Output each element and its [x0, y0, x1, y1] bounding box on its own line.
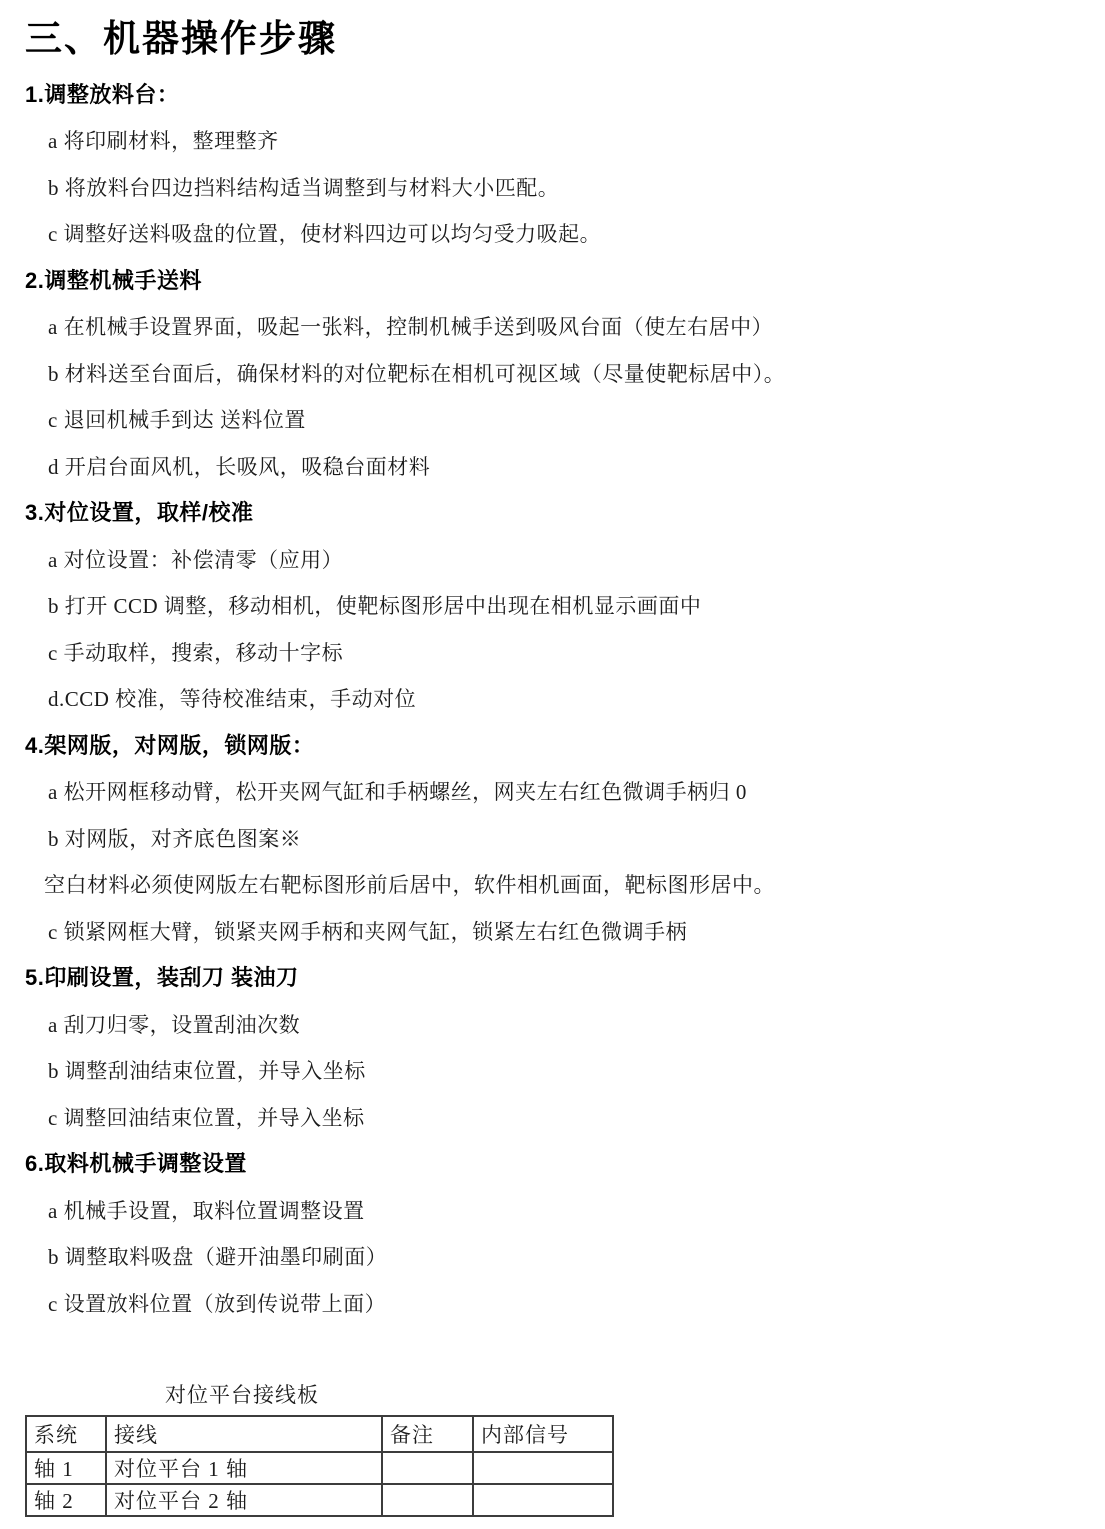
- step-item: a 将印刷材料，整理整齐: [25, 129, 1075, 153]
- wiring-table: 系统 接线 备注 内部信号 轴 1 对位平台 1 轴 轴 2 对位平台 2 轴: [25, 1415, 614, 1517]
- table-caption: 对位平台接线板: [165, 1383, 1075, 1407]
- section-screen-frame: 4.架网版，对网版，锁网版： a 松开网框移动臂，松开夹网气缸和手柄螺丝，网夹左…: [25, 734, 1075, 944]
- section-robot-feed: 2.调整机械手送料 a 在机械手设置界面，吸起一张料，控制机械手送到吸风台面（使…: [25, 269, 1075, 479]
- cell-wiring: 对位平台 1 轴: [106, 1452, 382, 1484]
- section-heading-2: 2.调整机械手送料: [25, 269, 1075, 293]
- cell-note: [382, 1452, 473, 1484]
- section-heading-6: 6.取料机械手调整设置: [25, 1152, 1075, 1176]
- cell-note: [382, 1484, 473, 1516]
- section-pickup-robot: 6.取料机械手调整设置 a 机械手设置，取料位置调整设置 b 调整取料吸盘（避开…: [25, 1152, 1075, 1316]
- page-title: 三、机器操作步骤: [25, 18, 1075, 60]
- step-item: d.CCD 校准，等待校准结束，手动对位: [25, 687, 1075, 711]
- step-item: b 材料送至台面后，确保材料的对位靶标在相机可视区域（尽量使靶标居中）。: [25, 362, 1075, 386]
- step-item: b 调整取料吸盘（避开油墨印刷面）: [25, 1245, 1075, 1269]
- col-header-internal-signal: 内部信号: [473, 1416, 613, 1452]
- step-item: b 将放料台四边挡料结构适当调整到与材料大小匹配。: [25, 176, 1075, 200]
- cell-internal-signal: [473, 1452, 613, 1484]
- document-page: 三、机器操作步骤 1.调整放料台： a 将印刷材料，整理整齐 b 将放料台四边挡…: [0, 0, 1105, 1529]
- step-item: c 锁紧网框大臂，锁紧夹网手柄和夹网气缸，锁紧左右红色微调手柄: [25, 920, 1075, 944]
- step-item: c 退回机械手到达 送料位置: [25, 408, 1075, 432]
- step-item: c 手动取样，搜索，移动十字标: [25, 641, 1075, 665]
- table-header-row: 系统 接线 备注 内部信号: [26, 1416, 613, 1452]
- col-header-note: 备注: [382, 1416, 473, 1452]
- step-item: b 打开 CCD 调整，移动相机，使靶标图形居中出现在相机显示画面中: [25, 594, 1075, 618]
- section-heading-5: 5.印刷设置，装刮刀 装油刀: [25, 966, 1075, 990]
- cell-system: 轴 1: [26, 1452, 106, 1484]
- cell-wiring: 对位平台 2 轴: [106, 1484, 382, 1516]
- step-item: b 对网版，对齐底色图案※: [25, 827, 1075, 851]
- section-heading-3: 3.对位设置，取样/校准: [25, 501, 1075, 525]
- step-item: c 调整好送料吸盘的位置，使材料四边可以均匀受力吸起。: [25, 222, 1075, 246]
- col-header-system: 系统: [26, 1416, 106, 1452]
- step-item: a 刮刀归零，设置刮油次数: [25, 1013, 1075, 1037]
- cell-internal-signal: [473, 1484, 613, 1516]
- cell-system: 轴 2: [26, 1484, 106, 1516]
- step-item: b 调整刮油结束位置，并导入坐标: [25, 1059, 1075, 1083]
- step-item: a 机械手设置，取料位置调整设置: [25, 1199, 1075, 1223]
- step-item-note: 空白材料必须使网版左右靶标图形前后居中，软件相机画面，靶标图形居中。: [25, 873, 1075, 897]
- step-item: c 调整回油结束位置，并导入坐标: [25, 1106, 1075, 1130]
- step-item: c 设置放料位置（放到传说带上面）: [25, 1292, 1075, 1316]
- col-header-wiring: 接线: [106, 1416, 382, 1452]
- step-item: d 开启台面风机，长吸风，吸稳台面材料: [25, 455, 1075, 479]
- section-heading-4: 4.架网版，对网版，锁网版：: [25, 734, 1075, 758]
- table-row: 轴 2 对位平台 2 轴: [26, 1484, 613, 1516]
- step-item: a 松开网框移动臂，松开夹网气缸和手柄螺丝，网夹左右红色微调手柄归 0: [25, 780, 1075, 804]
- section-alignment-calibration: 3.对位设置，取样/校准 a 对位设置：补偿清零（应用） b 打开 CCD 调整…: [25, 501, 1075, 711]
- section-heading-1: 1.调整放料台：: [25, 83, 1075, 107]
- table-row: 轴 1 对位平台 1 轴: [26, 1452, 613, 1484]
- step-item: a 在机械手设置界面，吸起一张料，控制机械手送到吸风台面（使左右居中）: [25, 315, 1075, 339]
- section-feed-table: 1.调整放料台： a 将印刷材料，整理整齐 b 将放料台四边挡料结构适当调整到与…: [25, 83, 1075, 247]
- step-item: a 对位设置：补偿清零（应用）: [25, 548, 1075, 572]
- section-print-settings: 5.印刷设置，装刮刀 装油刀 a 刮刀归零，设置刮油次数 b 调整刮油结束位置，…: [25, 966, 1075, 1130]
